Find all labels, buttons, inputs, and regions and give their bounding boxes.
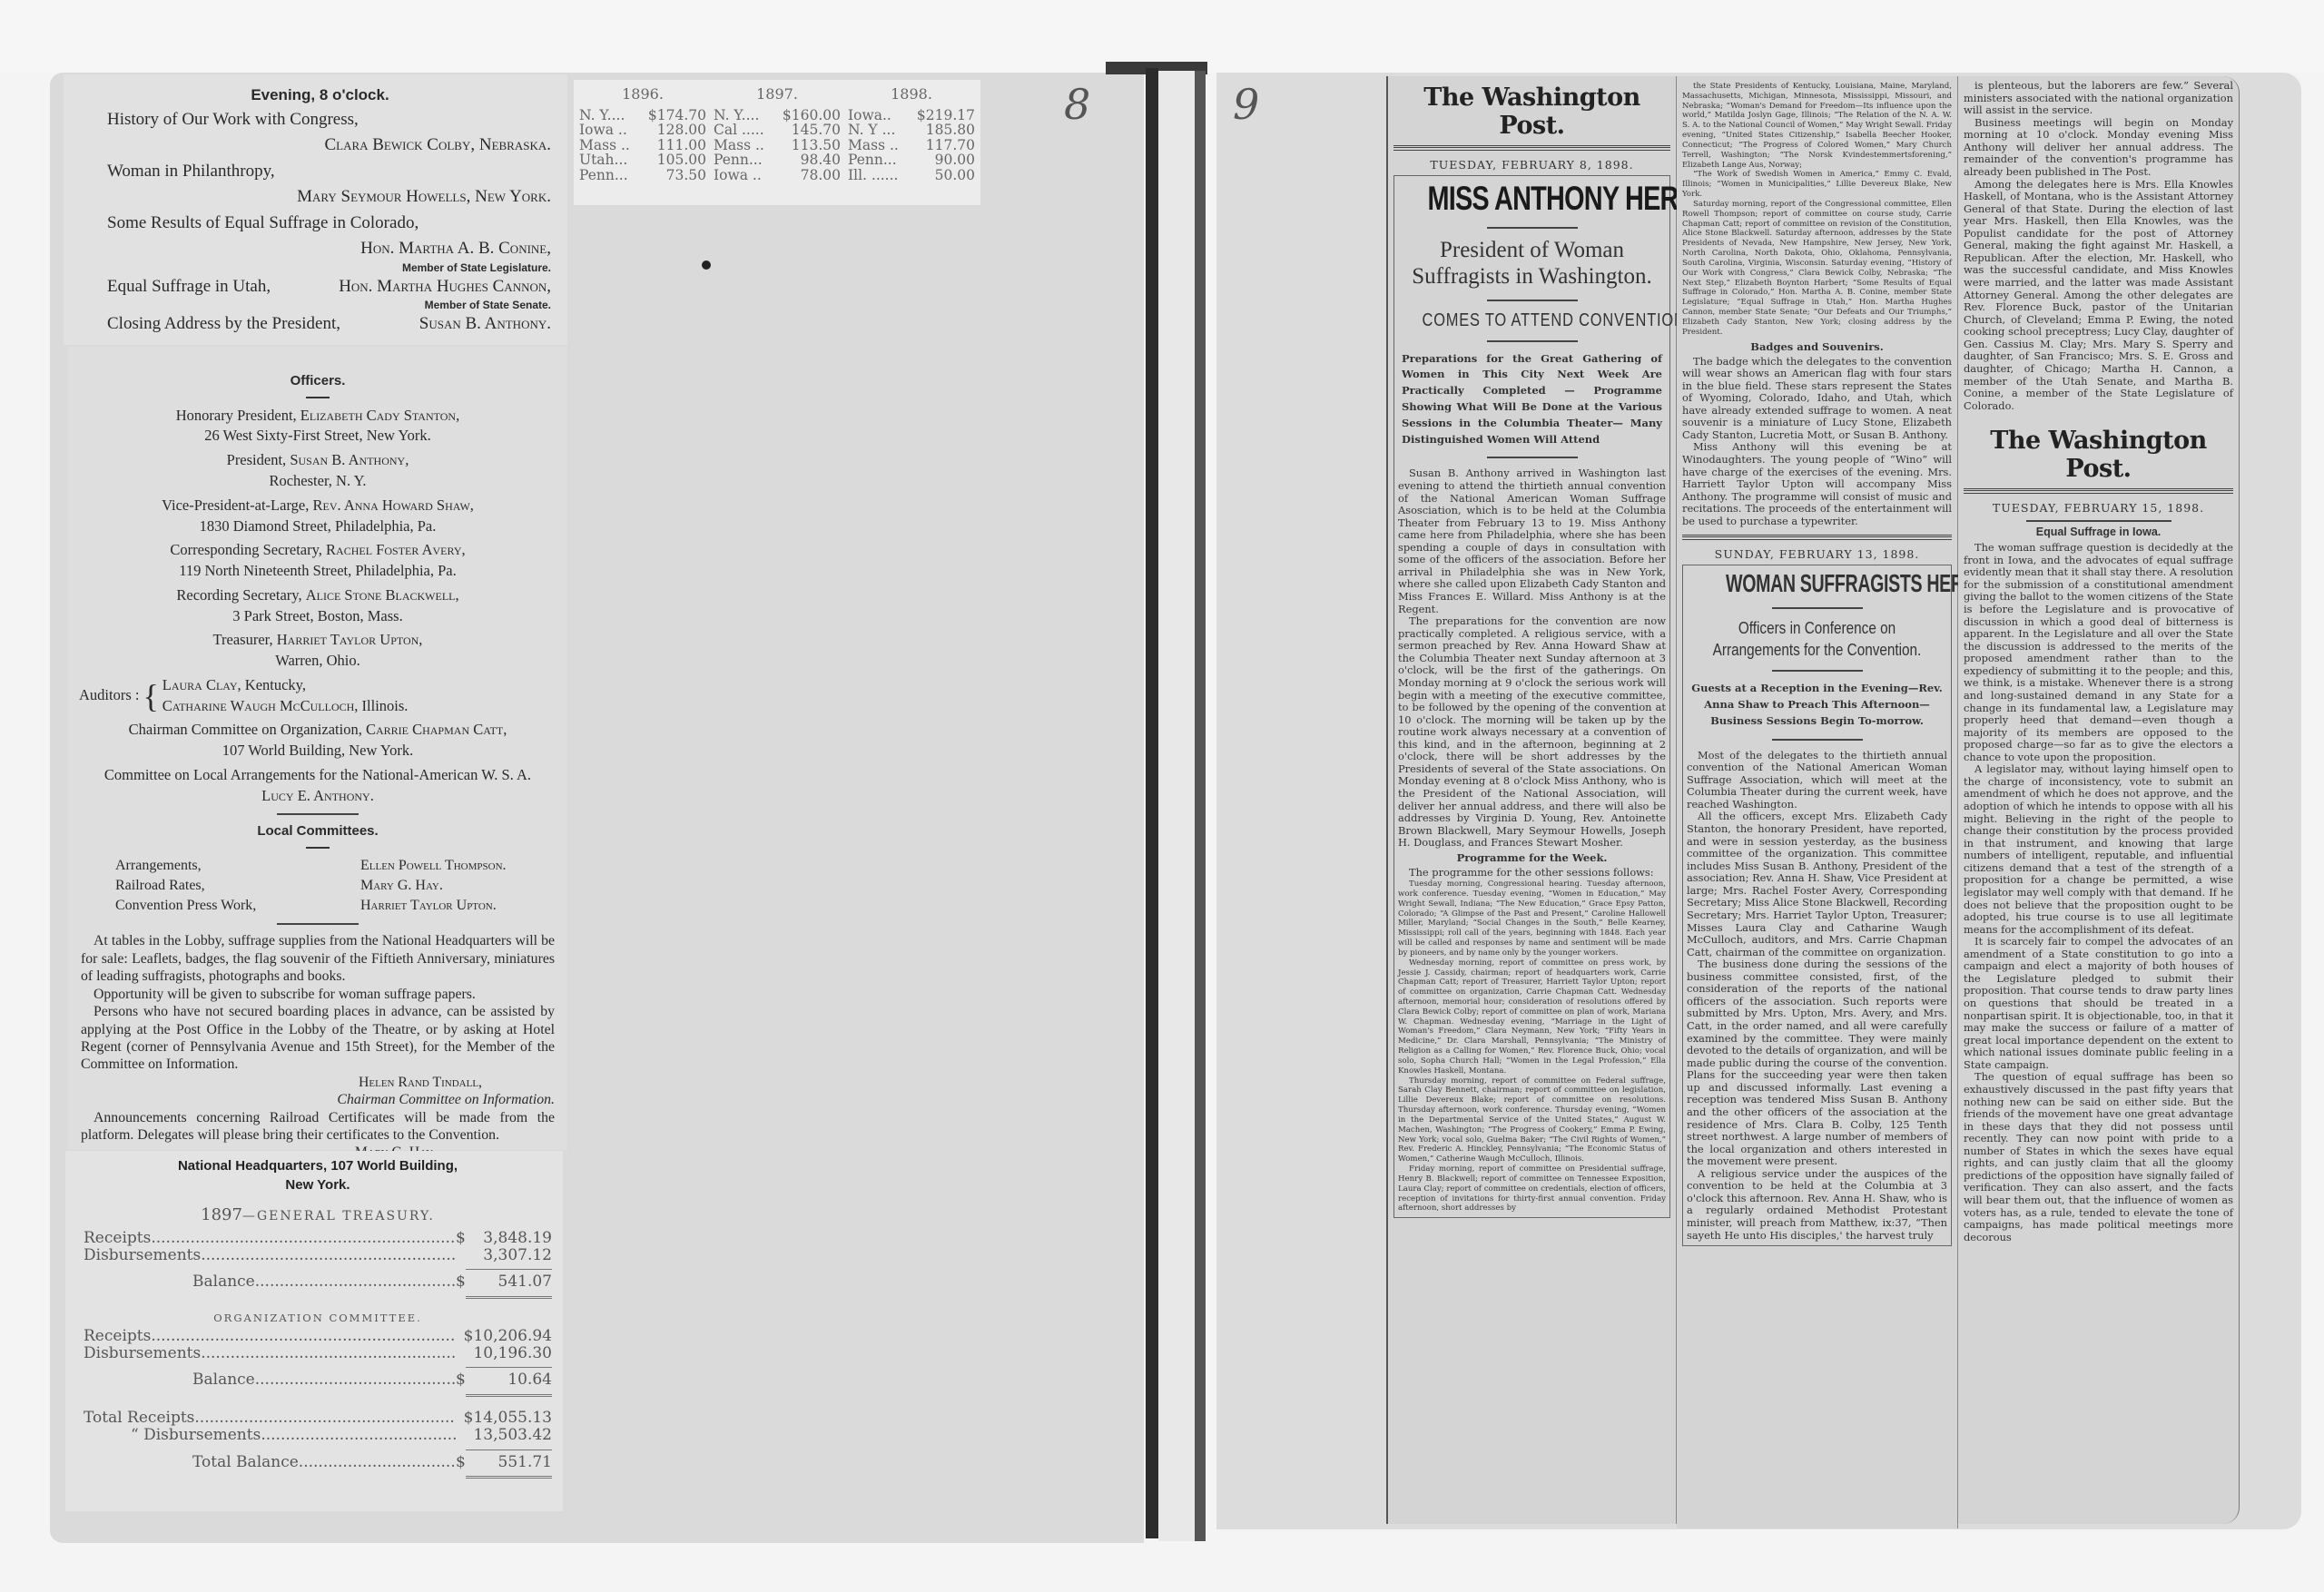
state: Ill. ...... — [848, 168, 898, 182]
officer-entry: President, Susan B. Anthony, Rochester, … — [79, 450, 556, 492]
officer-address: 107 World Building, New York. — [222, 742, 414, 759]
amount: 117.70 — [926, 138, 975, 152]
officer-address: Warren, Ohio. — [275, 652, 360, 669]
paragraph: Most of the delegates to the thirtieth a… — [1687, 750, 1947, 811]
divider — [1772, 607, 1863, 609]
ledger-amount: 3,307.12 — [468, 1247, 552, 1264]
amount: 111.00 — [657, 138, 706, 152]
notice-text: At tables in the Lobby, suffrage supplie… — [81, 932, 555, 985]
divider — [1487, 300, 1578, 301]
amount: 145.70 — [792, 123, 841, 137]
amount: 113.50 — [792, 138, 841, 152]
paragraph: A religious service under the auspices o… — [1687, 1168, 1947, 1242]
ledger-row: Balance $ 541.07 — [84, 1273, 552, 1291]
divider — [1487, 457, 1578, 458]
ledger-label: Disbursements — [84, 1247, 456, 1264]
ledger-label: Receipts — [84, 1230, 456, 1247]
paragraph: It is scarcely fair to compel the advoca… — [1964, 936, 2233, 1071]
article-deck: Preparations for the Great Gathering of … — [1398, 351, 1666, 448]
article-kicker: COMES TO ATTEND CONVENTION — [1423, 310, 1642, 331]
binding-edge — [1195, 71, 1206, 1541]
ledger-row: “ Disbursements 13,503.42 — [84, 1427, 552, 1444]
paragraph: Business meetings will begin on Monday m… — [1964, 117, 2233, 179]
program-item: Equal Suffrage in Utah, Hon. Martha Hugh… — [89, 274, 551, 300]
amount: 98.40 — [801, 152, 841, 167]
program-heading: Evening, 8 o'clock. — [89, 84, 551, 107]
officer-name: Elizabeth Cady Stanton, — [300, 407, 459, 424]
local-committees-title: Local Committees. — [79, 822, 556, 841]
committee-name: Arrangements, — [115, 856, 360, 876]
amount: 78.00 — [801, 168, 841, 182]
headquarters-line: New York. — [84, 1175, 552, 1194]
divider — [1772, 739, 1863, 741]
paragraph: the State Presidents of Kentucky, Louisi… — [1682, 82, 1952, 170]
article-continuation: the State Presidents of Kentucky, Louisi… — [1682, 76, 1952, 338]
program-item-speaker: Hon. Martha Hughes Cannon, — [339, 274, 551, 300]
officer-role: Honorary President, — [176, 407, 297, 424]
officer-role: President, — [227, 451, 287, 468]
auditor-place: Kentucky, — [245, 676, 306, 693]
article-headline: MISS ANTHONY HERE — [1427, 180, 1636, 218]
officer-address: Rochester, N. Y. — [269, 472, 366, 489]
section-subhead: Badges and Souvenirs. — [1682, 340, 1952, 353]
state: N. Y.... — [714, 108, 759, 123]
news-column-3: is plenteous, but the laborers are few.”… — [1958, 76, 2240, 1524]
badges-section: The badge which the delegates to the con… — [1682, 356, 1952, 528]
paragraph: Friday morning, report of committee on P… — [1398, 1165, 1666, 1214]
state: N. Y.... — [579, 108, 625, 123]
auditors-label: Auditors : — [79, 685, 139, 706]
auditor-place: Illinois. — [362, 697, 409, 714]
program-item-title: Equal Suffrage in Utah, — [107, 274, 271, 300]
section-subhead: Programme for the Week. — [1398, 852, 1666, 865]
paragraph: The preparations for the convention are … — [1398, 615, 1666, 850]
ledger-row: Total Receipts $14,055.13 — [84, 1410, 552, 1427]
news-column-1: The Washington Post. TUESDAY, FEBRUARY 8… — [1386, 76, 1677, 1524]
state: Penn... — [848, 152, 897, 167]
paragraph: is plenteous, but the laborers are few.”… — [1964, 80, 2233, 117]
state: Mass .. — [714, 138, 764, 152]
ledger-label: Balance — [192, 1273, 456, 1291]
article-subhead: President of Woman Suffragists in Washin… — [1398, 238, 1666, 290]
paragraph: Miss Anthony will this evening be at Win… — [1682, 441, 1952, 527]
general-treasury-title: 1897—GENERAL TREASURY. — [84, 1205, 552, 1224]
ledger-label: Balance — [192, 1371, 456, 1389]
sum-rule — [466, 1367, 552, 1368]
ledger-label: Total Balance — [192, 1454, 456, 1471]
divider — [306, 397, 330, 398]
committee-name: Railroad Rates, — [115, 876, 360, 896]
divider — [2026, 520, 2171, 522]
ledger-amount: 3,848.19 — [468, 1230, 552, 1247]
article-date: SUNDAY, FEBRUARY 13, 1898. — [1682, 544, 1952, 565]
program-item: Closing Address by the President, Susan … — [89, 311, 551, 338]
program-item-speaker: Clara Bewick Colby, Nebraska. — [89, 133, 551, 159]
organization-committee-title: ORGANIZATION COMMITTEE. — [84, 1312, 552, 1324]
officer-name: Carrie Chapman Catt, — [366, 721, 507, 738]
article-headline: Equal Suffrage in Iowa. — [1964, 526, 2233, 538]
newspaper-masthead: The Washington Post. — [1964, 419, 2233, 483]
officer-name: Alice Stone Blackwell, — [306, 586, 459, 604]
contribution-row: Penn...98.40 — [714, 152, 841, 167]
treasury-title: —GENERAL TREASURY. — [242, 1209, 435, 1223]
ledger-row: Receipts $10,206.94 — [84, 1328, 552, 1345]
programme-list: Tuesday morning, Congressional hearing. … — [1398, 880, 1666, 1214]
officer-name: Rev. Anna Howard Shaw, — [312, 496, 473, 514]
auditor-name: Catharine Waugh McCulloch, — [162, 697, 359, 714]
contribution-row: Mass ..113.50 — [714, 138, 841, 152]
officer-role: Vice-President-at-Large, — [162, 496, 309, 514]
state: Utah... — [579, 152, 627, 167]
ledger-label: Receipts — [84, 1328, 456, 1345]
paragraph: Susan B. Anthony arrived in Washington l… — [1398, 467, 1666, 615]
ink-blot — [702, 260, 711, 270]
ledger-amount: 541.07 — [468, 1273, 552, 1291]
divider — [1487, 227, 1578, 229]
contributions-year: 1897. — [714, 85, 841, 103]
ledger-row: Total Balance $ 551.71 — [84, 1454, 552, 1471]
article-deck: Guests at a Reception in the Evening—Rev… — [1687, 681, 1947, 729]
committee-chair: Ellen Powell Thompson. — [360, 856, 578, 876]
divider — [1772, 670, 1863, 672]
program-item-title: Some Results of Equal Suffrage in Colora… — [89, 211, 551, 237]
article-headline: WOMAN SUFFRAGISTS HERE — [1726, 569, 1908, 598]
amount: 105.00 — [657, 152, 706, 167]
contributions-year-column: 1898. Iowa..$219.17 N. Y ...185.80 Mass … — [848, 85, 975, 200]
contribution-row: N. Y....$174.70 — [579, 108, 706, 123]
sum-rule — [466, 1269, 552, 1270]
amount: $219.17 — [917, 108, 975, 123]
officer-name: Susan B. Anthony, — [290, 451, 409, 468]
program-item-note: Member of State Legislature. — [89, 262, 551, 274]
page-number-right: 9 — [1233, 80, 1259, 129]
ledger-amount: $14,055.13 — [456, 1410, 552, 1427]
masthead-rule — [1964, 488, 2233, 494]
amount: 128.00 — [657, 123, 706, 137]
paragraph: Saturday morning, report of the Congress… — [1682, 200, 1952, 338]
state: Mass .. — [579, 138, 630, 152]
divider — [306, 847, 330, 849]
program-item-note: Member of State Senate. — [89, 300, 551, 311]
officer-role: Corresponding Secretary, — [170, 541, 322, 558]
amount: 50.00 — [935, 168, 975, 182]
section-rule — [1682, 535, 1952, 540]
officer-name: Lucy E. Anthony. — [261, 787, 374, 804]
auditors-list: Laura Clay, Kentucky, Catharine Waugh Mc… — [162, 675, 409, 717]
ledger-row: Balance $ 10.64 — [84, 1371, 552, 1389]
officer-role: Chairman Committee on Organization, — [129, 721, 362, 738]
paragraph: All the officers, except Mrs. Elizabeth … — [1687, 811, 1947, 958]
amount: 185.80 — [926, 123, 975, 137]
notice-text: Announcements concerning Railroad Certif… — [81, 1109, 555, 1145]
local-arrangements-chair: Committee on Local Arrangements for the … — [79, 765, 556, 807]
total-rule — [466, 1394, 552, 1397]
contribution-row: Penn...73.50 — [579, 168, 706, 182]
divider — [277, 813, 359, 815]
paragraph: “The Work of Swedish Women in America,” … — [1682, 170, 1952, 199]
binding-spine — [1146, 68, 1158, 1538]
contribution-row: Utah...105.00 — [579, 152, 706, 167]
article-body: The woman suffrage question is decidedly… — [1964, 542, 2233, 1243]
state: Penn... — [714, 152, 763, 167]
ledger-label: Total Receipts — [84, 1410, 456, 1427]
ledger-row: Disbursements 3,307.12 — [84, 1247, 552, 1264]
state: Iowa.. — [848, 108, 891, 123]
state: Iowa .. — [714, 168, 762, 182]
contributions-year: 1898. — [848, 85, 975, 103]
currency-symbol: $ — [456, 1273, 468, 1291]
contribution-row: Mass ..117.70 — [848, 138, 975, 152]
contributions-year-column: 1896. N. Y....$174.70 Iowa ..128.00 Mass… — [579, 85, 706, 200]
paragraph: The programme for the other sessions fol… — [1398, 867, 1666, 880]
ledger-row: Disbursements 10,196.30 — [84, 1345, 552, 1362]
officers-clipping: Officers. Honorary President, Elizabeth … — [68, 347, 567, 1150]
currency-symbol: $ — [456, 1454, 468, 1471]
article-date: TUESDAY, FEBRUARY 8, 1898. — [1393, 154, 1670, 175]
headquarters-address: National Headquarters, 107 World Buildin… — [84, 1156, 552, 1194]
amount: $174.70 — [648, 108, 706, 123]
officer-name: Rachel Foster Avery, — [326, 541, 466, 558]
program-item-speaker: Susan B. Anthony. — [419, 311, 551, 338]
program-item-title: History of Our Work with Congress, — [89, 107, 551, 133]
officer-role: Treasurer, — [213, 631, 273, 648]
paragraph: The question of equal suffrage has been … — [1964, 1071, 2233, 1243]
paragraph: The business done during the sessions of… — [1687, 958, 1947, 1168]
auditor-name: Laura Clay, — [162, 676, 241, 693]
officer-entry: Honorary President, Elizabeth Cady Stant… — [79, 406, 556, 447]
state: Iowa .. — [579, 123, 627, 137]
paragraph: Thursday morning, report of committee on… — [1398, 1076, 1666, 1165]
committee-chair: Mary G. Hay. — [360, 876, 578, 896]
state-contributions-clipping: 1896. N. Y....$174.70 Iowa ..128.00 Mass… — [574, 80, 980, 205]
ledger-label: “ Disbursements — [131, 1427, 456, 1444]
newspaper-masthead: The Washington Post. — [1393, 76, 1670, 140]
headquarters-line: National Headquarters, 107 World Buildin… — [84, 1156, 552, 1175]
contribution-row: Penn...90.00 — [848, 152, 975, 167]
treasury-report-clipping: National Headquarters, 107 World Buildin… — [65, 1151, 563, 1511]
article-body: Susan B. Anthony arrived in Washington l… — [1398, 467, 1666, 1214]
treasury-year: 1897 — [201, 1205, 242, 1224]
local-committees-table: Arrangements, Ellen Powell Thompson. Rai… — [79, 856, 556, 916]
organization-chair: Chairman Committee on Organization, Carr… — [79, 720, 556, 762]
paragraph: The badge which the delegates to the con… — [1682, 356, 1952, 442]
article-miss-anthony-here: MISS ANTHONY HERE President of Woman Suf… — [1393, 175, 1670, 1218]
officers-title: Officers. — [79, 372, 556, 391]
article-subhead: Officers in Conference on Arrangements f… — [1707, 618, 1928, 661]
amount: 90.00 — [935, 152, 975, 167]
sum-rule — [466, 1450, 552, 1450]
news-column-2: the State Presidents of Kentucky, Louisi… — [1677, 76, 1958, 1528]
currency-symbol: $ — [456, 1371, 468, 1389]
amount: $160.00 — [783, 108, 841, 123]
evening-program-clipping: Evening, 8 o'clock. History of Our Work … — [64, 74, 567, 345]
officer-entry: Corresponding Secretary, Rachel Foster A… — [79, 540, 556, 582]
program-item-speaker: Mary Seymour Howells, New York. — [89, 184, 551, 211]
state: Penn... — [579, 168, 628, 182]
paragraph: Among the delegates here is Mrs. Ella Kn… — [1964, 179, 2233, 413]
total-rule — [466, 1296, 552, 1299]
total-rule — [466, 1476, 552, 1479]
officer-address: 119 North Nineteenth Street, Philadelphi… — [179, 562, 457, 579]
article-continuation: is plenteous, but the laborers are few.”… — [1964, 76, 2233, 412]
ledger-label: Disbursements — [84, 1345, 456, 1362]
paragraph: The woman suffrage question is decidedly… — [1964, 542, 2233, 763]
divider — [1487, 340, 1578, 342]
contributions-year: 1896. — [579, 85, 706, 103]
binding-gutter — [1158, 71, 1195, 1541]
currency-symbol: $ — [456, 1230, 468, 1247]
ledger-amount: 551.71 — [468, 1454, 552, 1471]
officer-entry: Recording Secretary, Alice Stone Blackwe… — [79, 585, 556, 627]
officer-address: 26 West Sixty-First Street, New York. — [204, 427, 431, 444]
contribution-row: Ill. ......50.00 — [848, 168, 975, 182]
paragraph: A legislator may, without laying himself… — [1964, 763, 2233, 936]
officer-role: Recording Secretary, — [176, 586, 301, 604]
contribution-row: Iowa ..78.00 — [714, 168, 841, 182]
signature-title: Chairman Committee on Information. — [81, 1091, 555, 1108]
contribution-row: N. Y ...185.80 — [848, 123, 975, 137]
ledger-amount: 10,196.30 — [456, 1345, 552, 1362]
contribution-row: Iowa..$219.17 — [848, 108, 975, 123]
article-woman-suffragists-here: WOMAN SUFFRAGISTS HERE Officers in Confe… — [1682, 565, 1952, 1246]
notice-text: Persons who have not secured boarding pl… — [81, 1003, 555, 1074]
ledger-amount: 10.64 — [468, 1371, 552, 1389]
officer-address: 1830 Diamond Street, Philadelphia, Pa. — [200, 517, 437, 535]
article-date: TUESDAY, FEBRUARY 15, 1898. — [1964, 497, 2233, 518]
committee-chair: Harriet Taylor Upton. — [360, 896, 578, 916]
program-item-speaker: Hon. Martha A. B. Conine, — [89, 236, 551, 262]
auditors: Auditors : { Laura Clay, Kentucky, Catha… — [79, 675, 556, 717]
article-body: Most of the delegates to the thirtieth a… — [1687, 750, 1947, 1243]
masthead-rule — [1393, 145, 1670, 151]
contribution-row: N. Y....$160.00 — [714, 108, 841, 123]
ledger-amount: 13,503.42 — [456, 1427, 552, 1444]
contribution-row: Cal .....145.70 — [714, 123, 841, 137]
ledger-amount: $10,206.94 — [456, 1328, 552, 1345]
ledger-row: Receipts $ 3,848.19 — [84, 1230, 552, 1247]
state: Mass .. — [848, 138, 899, 152]
divider — [277, 923, 359, 925]
program-item-title: Closing Address by the President, — [107, 311, 340, 338]
contributions-year-column: 1897. N. Y....$160.00 Cal .....145.70 Ma… — [714, 85, 841, 200]
committee-name: Convention Press Work, — [115, 896, 360, 916]
signature-name: Helen Rand Tindall, — [81, 1074, 555, 1091]
officer-role: Committee on Local Arrangements for the … — [104, 766, 531, 783]
state: Cal ..... — [714, 123, 764, 137]
officer-entry: Vice-President-at-Large, Rev. Anna Howar… — [79, 496, 556, 537]
page-number-left: 8 — [1064, 80, 1090, 129]
amount: 73.50 — [666, 168, 706, 182]
officer-entry: Treasurer, Harriet Taylor Upton, Warren,… — [79, 630, 556, 672]
paragraph: Tuesday morning, Congressional hearing. … — [1398, 880, 1666, 958]
contribution-row: Iowa ..128.00 — [579, 123, 706, 137]
state: N. Y ... — [848, 123, 895, 137]
brace-icon: { — [143, 680, 158, 712]
program-item-title: Woman in Philanthropy, — [89, 159, 551, 185]
contribution-row: Mass ..111.00 — [579, 138, 706, 152]
notices: At tables in the Lobby, suffrage supplie… — [79, 932, 556, 1179]
officer-name: Harriet Taylor Upton, — [277, 631, 423, 648]
notice-text: Opportunity will be given to subscribe f… — [81, 986, 555, 1003]
paragraph: Wednesday morning, report of committee o… — [1398, 958, 1666, 1076]
officer-address: 3 Park Street, Boston, Mass. — [232, 607, 402, 624]
